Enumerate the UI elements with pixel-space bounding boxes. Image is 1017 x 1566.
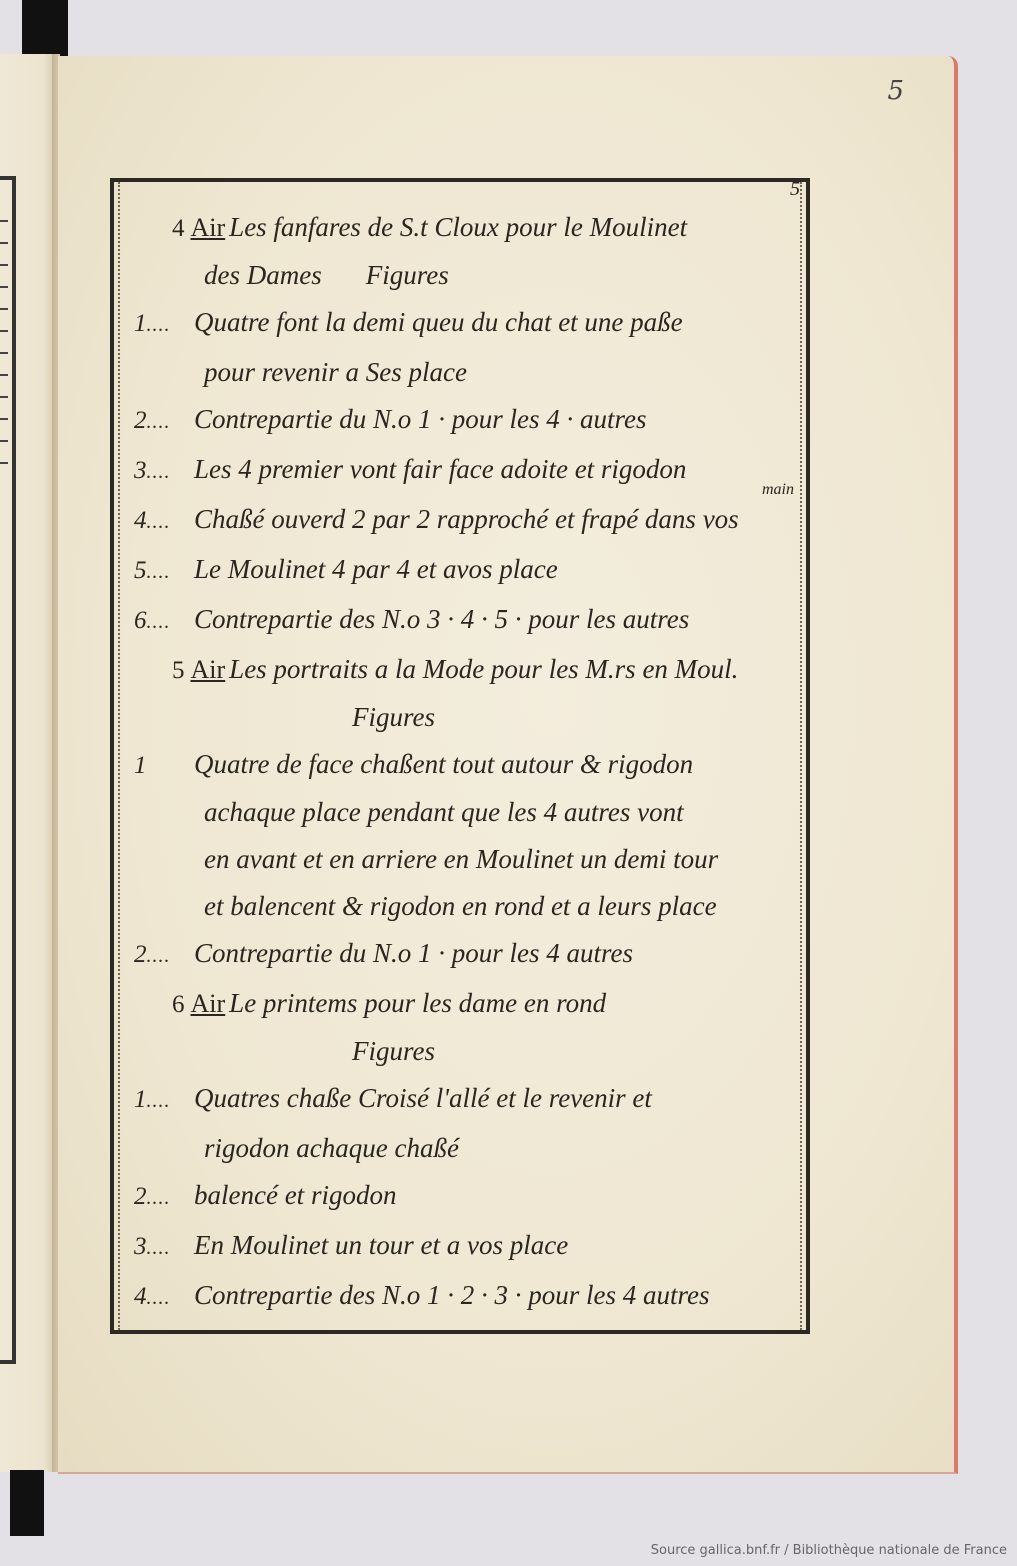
air-number: 6 (172, 981, 185, 1028)
figure-item: 4 Contrepartie des N.o 1 · 2 · 3 · pour … (134, 1272, 796, 1322)
folio-number: 5 (887, 76, 904, 106)
page-text: 4 Air Les fanfares de S.t Cloux pour le … (134, 204, 796, 1322)
source-credit: Source gallica.bnf.fr / Bibliothèque nat… (651, 1543, 1007, 1558)
right-page: 5 5 4 Air Les fanfares de S.t Cloux pour… (58, 56, 958, 1474)
left-frame-rules (0, 220, 8, 480)
figure-item: 2 Contrepartie du N.o 1 · pour les 4 · a… (134, 396, 796, 446)
figure-item: 3 En Moulinet un tour et a vos place (134, 1222, 796, 1272)
figure-item: 1 Quatre font la demi queu du chat et un… (134, 299, 796, 349)
figure-number: 3 (134, 447, 194, 496)
engraved-frame: 5 4 Air Les fanfares de S.t Cloux pour l… (110, 178, 810, 1334)
figure-text: Contrepartie du N.o 1 · pour les 4 autre… (194, 930, 633, 977)
air-title: Les fanfares de S.t Cloux pour le Moulin… (229, 204, 687, 251)
figure-text: Contrepartie des N.o 3 · 4 · 5 · pour le… (194, 596, 689, 643)
figure-item: 1 Quatre de face chaßent tout autour & r… (134, 741, 796, 789)
figure-number: 4 (134, 497, 194, 546)
figure-number: 2 (134, 1173, 194, 1222)
figure-number: 1 (134, 1076, 194, 1125)
air-title-continued: des Dames Figures (134, 252, 796, 299)
air-number: 4 (172, 205, 185, 252)
air-heading: 5 Air Les portraits a la Mode pour les M… (134, 646, 796, 694)
figure-item: 5 Le Moulinet 4 par 4 et avos place (134, 546, 796, 596)
left-page-edge (0, 54, 54, 1472)
figures-label: Figures (134, 1028, 796, 1075)
figure-text: Le Moulinet 4 par 4 et avos place (194, 546, 558, 593)
air-label: Air (191, 204, 226, 251)
air-label: Air (191, 980, 226, 1027)
figure-number: 1 (134, 742, 194, 789)
figure-text: Les 4 premier vont fair face adoite et r… (194, 446, 686, 493)
air-title-line2: des Dames (204, 252, 322, 299)
air-heading: 4 Air Les fanfares de S.t Cloux pour le … (134, 204, 796, 252)
figure-number: 2 (134, 397, 194, 446)
figure-text-continued: en avant et en arriere en Moulinet un de… (134, 836, 796, 883)
bookmark-ribbon-bottom (10, 1470, 44, 1536)
air-label: Air (191, 646, 226, 693)
figure-item: 2 balencé et rigodon (134, 1172, 796, 1222)
figure-text: Quatre de face chaßent tout autour & rig… (194, 741, 693, 788)
bookmark-ribbon-top (22, 0, 68, 56)
figure-number: 4 (134, 1273, 194, 1322)
figure-item: 6 Contrepartie des N.o 3 · 4 · 5 · pour … (134, 596, 796, 646)
air-title: Les portraits a la Mode pour les M.rs en… (229, 646, 738, 693)
figure-item: 2 Contrepartie du N.o 1 · pour les 4 aut… (134, 930, 796, 980)
figure-text-continued: achaque place pendant que les 4 autres v… (134, 789, 796, 836)
figure-number: 1 (134, 300, 194, 349)
figure-text: Chaßé ouverd 2 par 2 rapproché et frapé … (194, 496, 739, 543)
figure-text-continued: rigodon achaque chaßé (134, 1125, 796, 1172)
figure-superscript: main (762, 482, 794, 498)
figure-text: Quatres chaße Croisé l'allé et le reveni… (194, 1075, 652, 1122)
plate-number: 5 (790, 178, 800, 201)
air-number: 5 (172, 647, 185, 694)
figure-item: 1 Quatres chaße Croisé l'allé et le reve… (134, 1075, 796, 1125)
figure-text: balencé et rigodon (194, 1172, 396, 1219)
figure-text: Quatre font la demi queu du chat et une … (194, 299, 683, 346)
air-heading: 6 Air Le printems pour les dame en rond (134, 980, 796, 1028)
figure-text: pour revenir a Ses place (204, 349, 467, 396)
figures-label: Figures (366, 252, 449, 299)
left-page-frame (0, 176, 16, 1364)
figure-number: 6 (134, 597, 194, 646)
figure-text: Contrepartie du N.o 1 · pour les 4 · aut… (194, 396, 647, 443)
figure-number: 2 (134, 931, 194, 980)
figure-item: main 4 Chaßé ouverd 2 par 2 rapproché et… (134, 496, 796, 546)
figure-item: 3 Les 4 premier vont fair face adoite et… (134, 446, 796, 496)
figures-label: Figures (134, 694, 796, 741)
figure-text-continued: et balencent & rigodon en rond et a leur… (134, 883, 796, 930)
figure-number: 3 (134, 1223, 194, 1272)
figure-text-continued: pour revenir a Ses place (134, 349, 796, 396)
figure-text: Contrepartie des N.o 1 · 2 · 3 · pour le… (194, 1272, 710, 1319)
figure-text: En Moulinet un tour et a vos place (194, 1222, 568, 1269)
air-title: Le printems pour les dame en rond (229, 980, 606, 1027)
figure-number: 5 (134, 547, 194, 596)
